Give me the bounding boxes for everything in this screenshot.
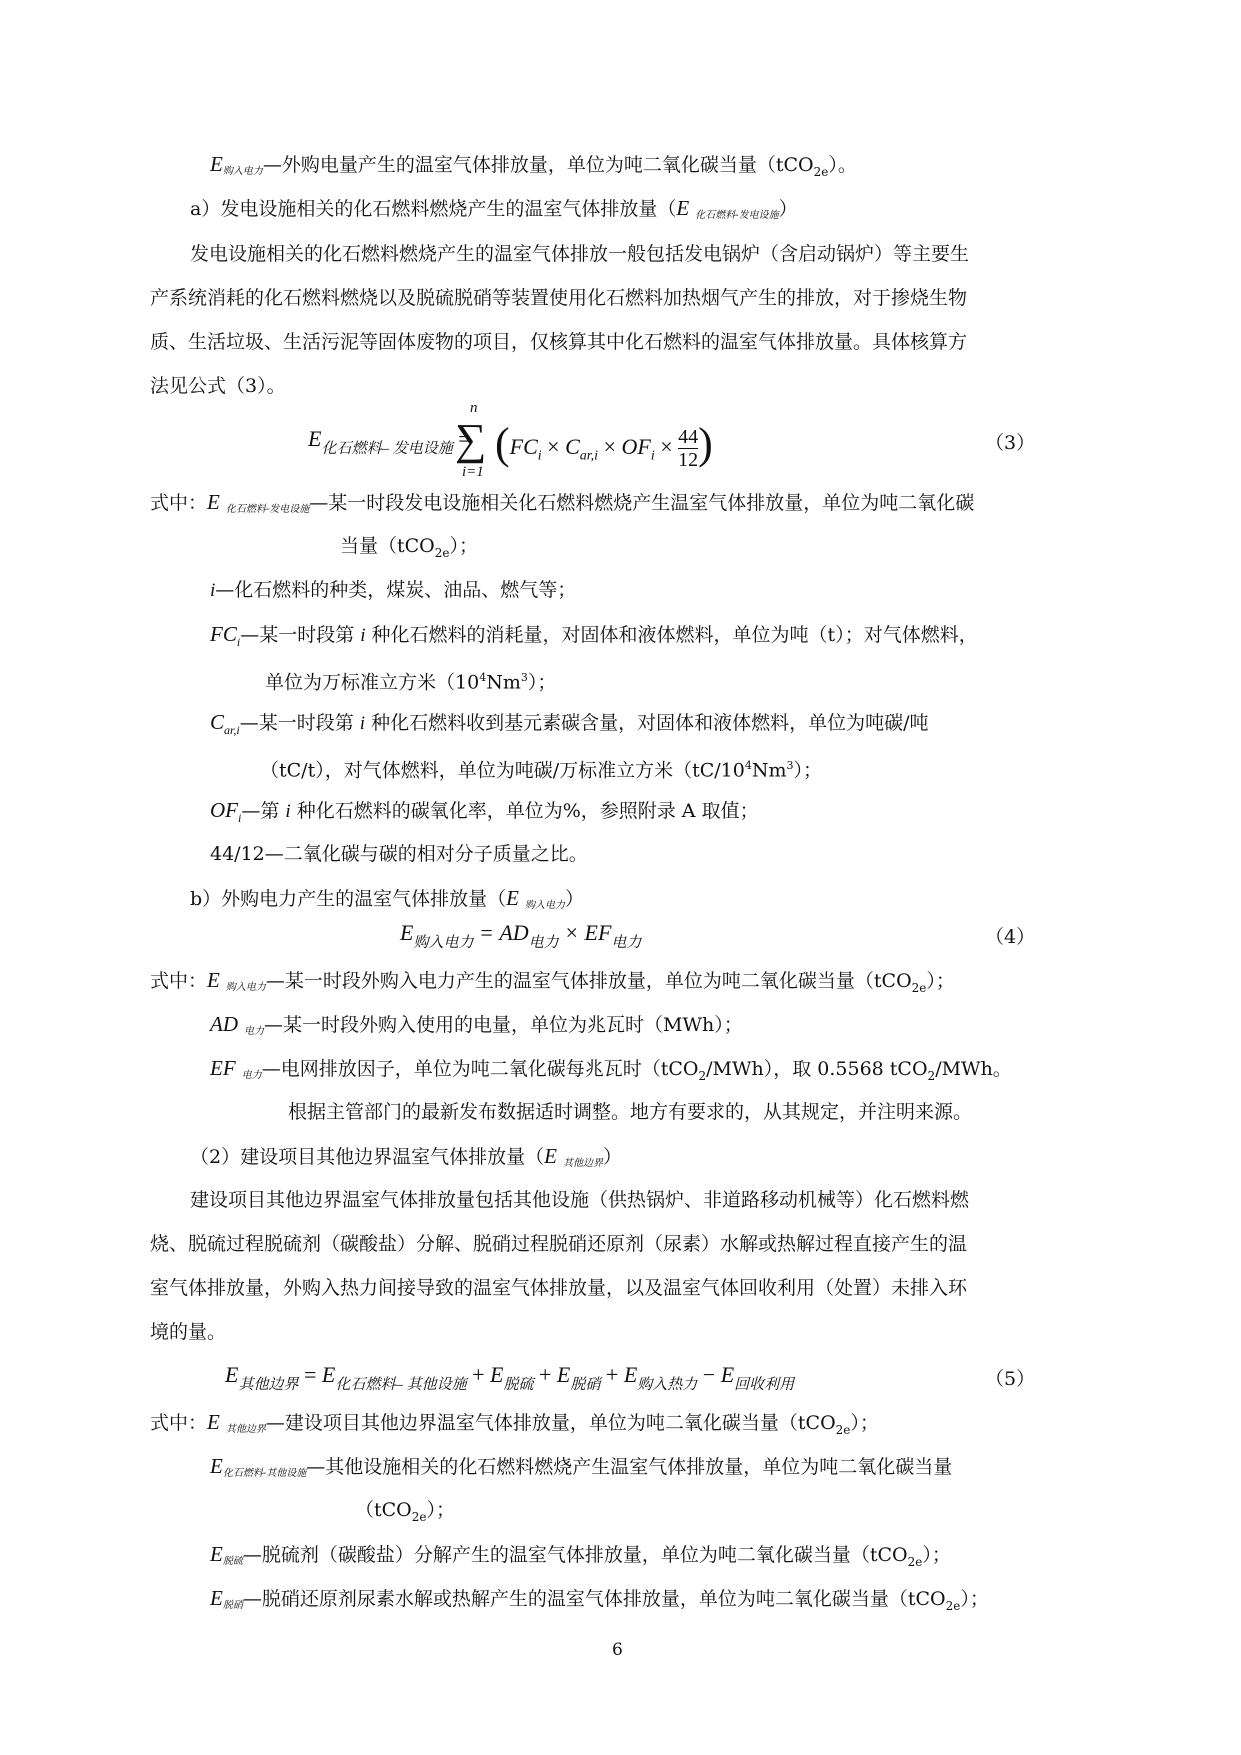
subscript: 2e <box>814 165 829 179</box>
subscript: 回收利用 <box>734 1377 794 1393</box>
equation-number: （4） <box>985 922 1035 949</box>
definition-continuation: （tCO2e）； <box>355 1496 455 1531</box>
text: —某一时段第 <box>240 712 360 734</box>
sum-lower-limit: i=1 <box>462 464 484 481</box>
operator: × <box>542 434 565 459</box>
symbol: EF <box>210 1056 236 1080</box>
paragraph-line: 法见公式（3）。 <box>150 372 286 400</box>
symbol: E <box>676 196 689 220</box>
subscript: 2e <box>908 1555 923 1569</box>
subscript: 2e <box>946 1599 961 1613</box>
symbol: AD <box>210 1012 238 1036</box>
text: /MWh。 <box>935 1058 1012 1080</box>
text: 种化石燃料的消耗量，对固体和液体燃料，单位为吨（t）；对气体燃料， <box>366 624 978 646</box>
definition-continuation: 当量（tCO2e）； <box>340 532 478 567</box>
text: 式中： <box>150 1412 207 1434</box>
subscript: 脱硝 <box>570 1377 600 1393</box>
symbol: E <box>308 426 321 451</box>
definition-e-desulfurization: E脱硫—脱硫剂（碳酸盐）分解产生的温室气体排放量，单位为吨二氧化碳当量（tCO2… <box>210 1540 951 1576</box>
subscript: 电力 <box>611 935 641 951</box>
fraction: 4412 <box>678 426 698 471</box>
subscript: 2e <box>435 546 450 560</box>
symbol: E <box>506 886 519 910</box>
subscript: 购入电力 <box>413 935 473 951</box>
text: ）； <box>794 759 823 781</box>
subscript: 化石燃料-发电设施 <box>226 504 309 515</box>
equation-number: （3） <box>985 428 1035 455</box>
page-number: 6 <box>612 1640 623 1660</box>
definition-e-purchased-power: E购入电力—外购电量产生的温室气体排放量，单位为吨二氧化碳当量（tCO2e）。 <box>210 150 857 186</box>
subscript: 购入电力 <box>226 982 266 993</box>
symbol: E <box>400 920 413 945</box>
subscript: 脱硝 <box>223 1600 243 1611</box>
text: —外购电量产生的温室气体排放量，单位为吨二氧化碳当量（tCO <box>263 154 814 176</box>
symbol: E <box>207 490 220 514</box>
subscript: 化石燃料– 其他设施 <box>335 1377 466 1393</box>
definition-e-purchased-power: 式中：E 购入电力—某一时段外购入电力产生的温室气体排放量，单位为吨二氧化碳当量… <box>150 966 955 1002</box>
definition-e-denitrification: E脱硝—脱硝还原剂尿素水解或热解产生的温室气体排放量，单位为吨二氧化碳当量（tC… <box>210 1584 989 1620</box>
text: ）； <box>850 1412 879 1434</box>
text: a）发电设施相关的化石燃料燃烧产生的温室气体排放量（ <box>190 198 676 220</box>
text: 种化石燃料收到基元素碳含量，对固体和液体燃料，单位为吨碳/吨 <box>365 712 928 734</box>
text: 种化石燃料的碳氧化率，单位为%，参照附录 A 取值； <box>291 800 759 822</box>
subscript: 化石燃料– 发电设施 <box>321 441 452 457</box>
definition-of: OFi—第 i 种化石燃料的碳氧化率，单位为%，参照附录 A 取值； <box>210 796 759 832</box>
subscript: 电力 <box>529 935 559 951</box>
equation-body: E其他边界 = E化石燃料– 其他设施 + E脱硫 + E脱硝 + E购入热力 … <box>225 1362 794 1394</box>
definition-i: i—化石燃料的种类，煤炭、油品、燃气等； <box>210 576 576 605</box>
text: Nm <box>486 671 521 693</box>
subscript: 购入热力 <box>637 1377 697 1393</box>
definition-e-fossil-power: 式中：E 化石燃料-发电设施—某一时段发电设施相关化石燃料燃烧产生温室气体排放量… <box>150 488 974 524</box>
equation-body: E购入电力 = AD电力 × EF电力 <box>400 920 641 952</box>
text: —脱硝还原剂尿素水解或热解产生的温室气体排放量，单位为吨二氧化碳当量（tCO <box>243 1588 946 1610</box>
subscript: 电力 <box>244 1026 264 1037</box>
superscript: 4 <box>745 759 752 772</box>
text: Nm <box>752 759 787 781</box>
definition-ad: AD 电力—某一时段外购入使用的电量，单位为兆瓦时（MWh）； <box>210 1010 743 1046</box>
superscript: 3 <box>787 759 794 772</box>
text: ）； <box>922 1544 951 1566</box>
section-b-heading: b）外购电力产生的温室气体排放量（E 购入电力） <box>190 884 584 920</box>
text: —建设项目其他边界温室气体排放量，单位为吨二氧化碳当量（tCO <box>266 1412 836 1434</box>
text: ）。 <box>828 154 857 176</box>
text: —电网排放因子，单位为吨二氧化碳每兆瓦时（tCO <box>262 1058 699 1080</box>
symbol: FC <box>210 622 237 646</box>
subscript: ar,i <box>580 448 598 463</box>
text: ） <box>603 1146 622 1168</box>
definition-e-other-boundary: 式中：E 其他边界—建设项目其他边界温室气体排放量，单位为吨二氧化碳当量（tCO… <box>150 1408 879 1444</box>
text: 式中： <box>150 492 207 514</box>
symbol: E <box>544 1144 557 1168</box>
paragraph-line: 发电设施相关的化石燃料燃烧产生的温室气体排放一般包括发电锅炉（含启动锅炉）等主要… <box>190 240 969 268</box>
text: b）外购电力产生的温室气体排放量（ <box>190 888 506 910</box>
paragraph-line: 境的量。 <box>150 1318 226 1346</box>
equation-body: (FCi × Car,i × OFi × 4412) <box>495 414 713 471</box>
symbol: C <box>210 710 224 734</box>
paragraph-line: 建设项目其他边界温室气体排放量包括其他设施（供热锅炉、非道路移动机械等）化石燃料… <box>190 1186 969 1214</box>
text: ）； <box>926 970 955 992</box>
definition-car: Car,i—某一时段第 i 种化石燃料收到基元素碳含量，对固体和液体燃料，单位为… <box>210 708 928 744</box>
definition-continuation: 根据主管部门的最新发布数据适时调整。地方有要求的，从其规定，并注明来源。 <box>288 1098 972 1126</box>
text: （2）建设项目其他边界温室气体排放量（ <box>190 1146 544 1168</box>
definition-ratio: 44/12—二氧化碳与碳的相对分子质量之比。 <box>210 840 588 868</box>
text: —某一时段第 <box>240 624 360 646</box>
section-a-heading: a）发电设施相关的化石燃料燃烧产生的温室气体排放量（E 化石燃料-发电设施） <box>190 194 798 230</box>
symbol: FC <box>510 434 538 459</box>
subscript: ar,i <box>224 723 240 737</box>
text: —化石燃料的种类，煤炭、油品、燃气等； <box>215 579 576 601</box>
subscript: 2e <box>412 1510 427 1524</box>
equation-number: （5） <box>985 1364 1035 1391</box>
subscript: 电力 <box>242 1070 262 1081</box>
text: ） <box>779 198 798 220</box>
paragraph-line: 烧、脱硫过程脱硫剂（碳酸盐）分解、脱硝过程脱硝还原剂（尿素）水解或热解过程直接产… <box>150 1230 967 1258</box>
text: （tC/t），对气体燃料，单位为吨碳/万标准立方米（tC/10 <box>260 759 745 781</box>
text: ）； <box>427 1499 456 1521</box>
symbol: E <box>210 1454 223 1478</box>
text: —其他设施相关的化石燃料燃烧产生温室气体排放量，单位为吨二氧化碳当量 <box>306 1456 952 1478</box>
definition-e-fossil-other: E化石燃料-其他设施—其他设施相关的化石燃料燃烧产生温室气体排放量，单位为吨二氧… <box>210 1452 952 1488</box>
subscript: 其他边界 <box>238 1377 298 1393</box>
sum-symbol: ∑ <box>455 408 486 459</box>
subscript: 脱硫 <box>223 1556 243 1567</box>
paragraph-line: 质、生活垃圾、生活污泥等固体废物的项目，仅核算其中化石燃料的温室气体排放量。具体… <box>150 328 967 356</box>
text: ） <box>565 888 584 910</box>
subscript: 其他边界 <box>563 1158 603 1169</box>
text: /MWh），取 0.5568 tCO <box>706 1058 927 1080</box>
text: （tCO <box>355 1499 412 1521</box>
text: ）； <box>528 671 557 693</box>
subscript: 其他边界 <box>226 1424 266 1435</box>
text: 式中： <box>150 970 207 992</box>
subscript: 化石燃料-发电设施 <box>695 210 778 221</box>
subscript: 2e <box>912 981 927 995</box>
symbol: E <box>210 1542 223 1566</box>
definition-continuation: （tC/t），对气体燃料，单位为吨碳/万标准立方米（tC/104Nm3）； <box>260 752 822 784</box>
symbol: E <box>210 152 223 176</box>
symbol: OF <box>622 434 651 459</box>
symbol: E <box>207 968 220 992</box>
text: —某一时段外购入使用的电量，单位为兆瓦时（MWh）； <box>264 1014 743 1036</box>
text: ）； <box>450 535 479 557</box>
operator: × <box>598 434 621 459</box>
text: = AD <box>473 920 528 945</box>
text: —某一时段发电设施相关化石燃料燃烧产生温室气体排放量，单位为吨二氧化碳 <box>309 492 974 514</box>
equation-lhs: E化石燃料– 发电设施 = <box>308 426 471 458</box>
definition-continuation: 单位为万标准立方米（104Nm3）； <box>265 664 556 696</box>
symbol: OF <box>210 798 238 822</box>
subscript: 化石燃料-其他设施 <box>223 1468 306 1479</box>
section-2-heading: （2）建设项目其他边界温室气体排放量（E 其他边界） <box>190 1142 622 1178</box>
text: —第 <box>241 800 285 822</box>
superscript: 3 <box>521 671 528 684</box>
paragraph-line: 产系统消耗的化石燃料燃烧以及脱硫脱硝等装置使用化石燃料加热烟气产生的排放，对于掺… <box>150 284 967 312</box>
text: —脱硫剂（碳酸盐）分解产生的温室气体排放量，单位为吨二氧化碳当量（tCO <box>243 1544 908 1566</box>
text: —某一时段外购入电力产生的温室气体排放量，单位为吨二氧化碳当量（tCO <box>266 970 912 992</box>
definition-fc: FCi—某一时段第 i 种化石燃料的消耗量，对固体和液体燃料，单位为吨（t）；对… <box>210 620 978 656</box>
text: 单位为万标准立方米（10 <box>265 671 479 693</box>
text: 当量（tCO <box>340 535 435 557</box>
definition-ef: EF 电力—电网排放因子，单位为吨二氧化碳每兆瓦时（tCO2/MWh），取 0.… <box>210 1054 1012 1090</box>
text: ）； <box>960 1588 989 1610</box>
operator: × <box>655 434 678 459</box>
symbol: E <box>210 1586 223 1610</box>
symbol: C <box>565 434 580 459</box>
text: × EF <box>559 920 612 945</box>
subscript: 购入电力 <box>223 166 263 177</box>
subscript: 脱硫 <box>503 1377 533 1393</box>
paragraph-line: 室气体排放量，外购入热力间接导致的温室气体排放量，以及温室气体回收利用（处置）未… <box>150 1274 967 1302</box>
subscript: 2 <box>698 1069 706 1083</box>
subscript: 购入电力 <box>525 900 565 911</box>
symbol: E <box>207 1410 220 1434</box>
subscript: 2e <box>836 1423 851 1437</box>
numerator: 44 <box>678 426 698 449</box>
denominator: 12 <box>678 449 698 471</box>
